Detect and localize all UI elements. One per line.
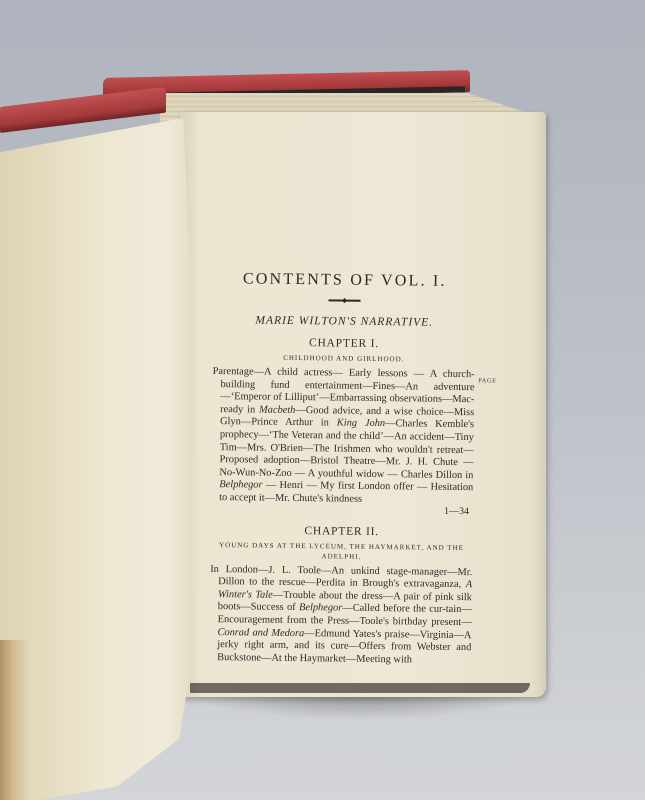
chapter-2-subtitle: YOUNG DAYS AT THE LYCEUM, THE HAYMARKET,… bbox=[210, 540, 472, 563]
chapter-1-subtitle: CHILDHOOD AND GIRLHOOD. bbox=[213, 352, 475, 365]
summary-title-italic: Macbeth bbox=[259, 404, 295, 415]
summary-title-italic: Belphegor bbox=[299, 602, 342, 614]
chapter-1-summary: Parentage—A child actress— Early lessons… bbox=[211, 366, 475, 508]
chapter-1-heading: CHAPTER I. bbox=[213, 336, 475, 351]
page-column-label: PAGE bbox=[478, 378, 496, 384]
left-page-fore-edge bbox=[0, 640, 30, 800]
right-page-bottom-edge bbox=[190, 683, 530, 693]
chapter-2-heading: CHAPTER II. bbox=[211, 524, 473, 539]
narrative-title: MARIE WILTON'S NARRATIVE. bbox=[213, 314, 475, 329]
contents-title: CONTENTS OF VOL. I. bbox=[214, 270, 476, 291]
summary-text: In London—J. L. Toole—An unkind stage-ma… bbox=[210, 564, 472, 591]
summary-title-italic: Conrad and Medora bbox=[217, 627, 304, 639]
summary-title-italic: King John bbox=[337, 418, 385, 430]
summary-title-italic: Belphegor bbox=[219, 479, 262, 491]
ornament-divider-icon bbox=[329, 299, 361, 301]
contents-page-text: CONTENTS OF VOL. I. MARIE WILTON'S NARRA… bbox=[209, 262, 476, 667]
chapter-2-summary: In London—J. L. Toole—An unkind stage-ma… bbox=[209, 564, 472, 668]
